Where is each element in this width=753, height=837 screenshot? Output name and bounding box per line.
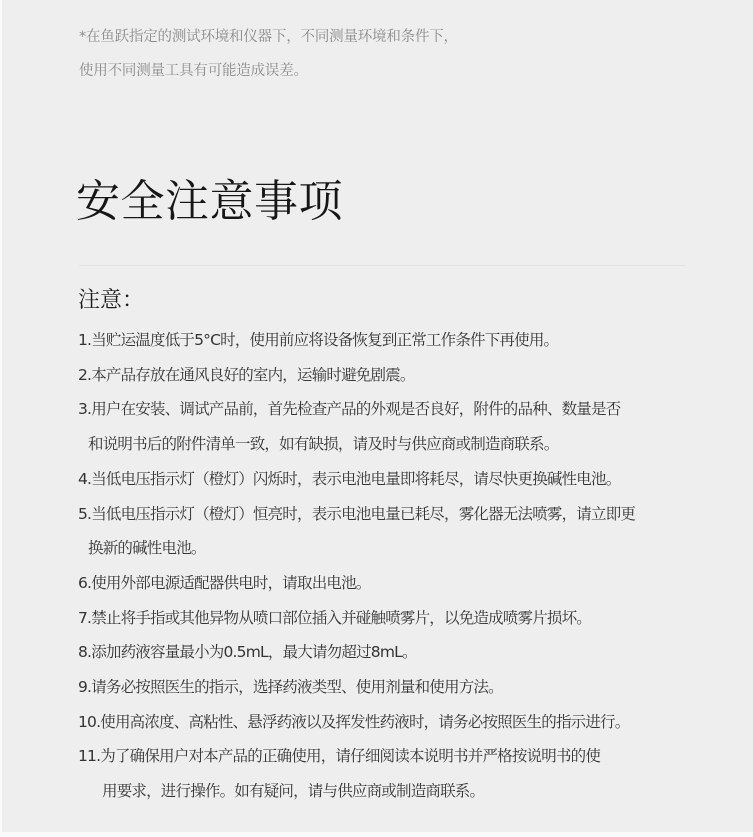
notice-item-text: 2.本产品存放在通风良好的室内，运输时避免剧震。: [78, 358, 698, 393]
disclaimer-line: *在鱼跃指定的测试环境和仪器下，不同测量环境和条件下，: [79, 20, 699, 54]
notice-item-6: 6.使用外部电源适配器供电时，请取出电池。: [78, 566, 698, 601]
notice-item-text: 6.使用外部电源适配器供电时，请取出电池。: [78, 566, 698, 601]
notice-item-5: 5.当低电压指示灯（橙灯）恒亮时，表示电池电量已耗尽，雾化器无法喷雾，请立即更 …: [78, 497, 698, 566]
measurement-disclaimer: *在鱼跃指定的测试环境和仪器下，不同测量环境和条件下， 使用不同测量工具有可能造…: [79, 20, 699, 88]
notice-item-10: 10.使用高浓度、高粘性、悬浮药液以及挥发性药液时，请务必按照医生的指示进行。: [78, 705, 698, 740]
section-title: 安全注意事项: [76, 174, 343, 230]
notice-item-text-continuation: 和说明书后的附件清单一致，如有缺损，请及时与供应商或制造商联系。: [78, 427, 698, 462]
notice-item-9: 9.请务必按照医生的指示，选择药液类型、使用剂量和使用方法。: [78, 670, 698, 705]
notice-item-text: 11.为了确保用户对本产品的正确使用，请仔细阅读本说明书并严格按说明书的使: [78, 739, 698, 774]
notice-item-text: 5.当低电压指示灯（橙灯）恒亮时，表示电池电量已耗尽，雾化器无法喷雾，请立即更: [78, 497, 698, 532]
notice-item-text: 4.当低电压指示灯（橙灯）闪烁时，表示电池电量即将耗尽，请尽快更换碱性电池。: [78, 462, 698, 497]
notice-item-7: 7.禁止将手指或其他异物从喷口部位插入并碰触喷雾片，以免造成喷雾片损坏。: [78, 601, 698, 636]
notice-item-text: 10.使用高浓度、高粘性、悬浮药液以及挥发性药液时，请务必按照医生的指示进行。: [78, 705, 698, 740]
notice-item-text: 7.禁止将手指或其他异物从喷口部位插入并碰触喷雾片，以免造成喷雾片损坏。: [78, 601, 698, 636]
disclaimer-line: 使用不同测量工具有可能造成误差。: [79, 54, 699, 88]
safety-notice-list: 1.当贮运温度低于5°C时，使用前应将设备恢复到正常工作条件下再使用。 2.本产…: [78, 323, 698, 809]
document-page: *在鱼跃指定的测试环境和仪器下，不同测量环境和条件下， 使用不同测量工具有可能造…: [2, 0, 753, 832]
notice-item-4: 4.当低电压指示灯（橙灯）闪烁时，表示电池电量即将耗尽，请尽快更换碱性电池。: [78, 462, 698, 497]
notice-item-text-continuation: 用要求，进行操作。如有疑问，请与供应商或制造商联系。: [78, 774, 698, 809]
notice-item-text: 8.添加药液容量最小为0.5mL，最大请勿超过8mL。: [78, 635, 698, 670]
notice-item-text: 3.用户在安装、调试产品前，首先检查产品的外观是否良好，附件的品种、数量是否: [78, 392, 698, 427]
notice-item-8: 8.添加药液容量最小为0.5mL，最大请勿超过8mL。: [78, 635, 698, 670]
notice-label: 注意：: [78, 285, 144, 317]
notice-item-2: 2.本产品存放在通风良好的室内，运输时避免剧震。: [78, 358, 698, 393]
notice-item-1: 1.当贮运温度低于5°C时，使用前应将设备恢复到正常工作条件下再使用。: [78, 323, 698, 358]
notice-item-text: 1.当贮运温度低于5°C时，使用前应将设备恢复到正常工作条件下再使用。: [78, 323, 698, 358]
section-divider: [79, 265, 686, 266]
notice-item-text: 9.请务必按照医生的指示，选择药液类型、使用剂量和使用方法。: [78, 670, 698, 705]
notice-item-3: 3.用户在安装、调试产品前，首先检查产品的外观是否良好，附件的品种、数量是否 和…: [78, 392, 698, 461]
notice-item-11: 11.为了确保用户对本产品的正确使用，请仔细阅读本说明书并严格按说明书的使 用要…: [78, 739, 698, 808]
notice-item-text-continuation: 换新的碱性电池。: [78, 531, 698, 566]
